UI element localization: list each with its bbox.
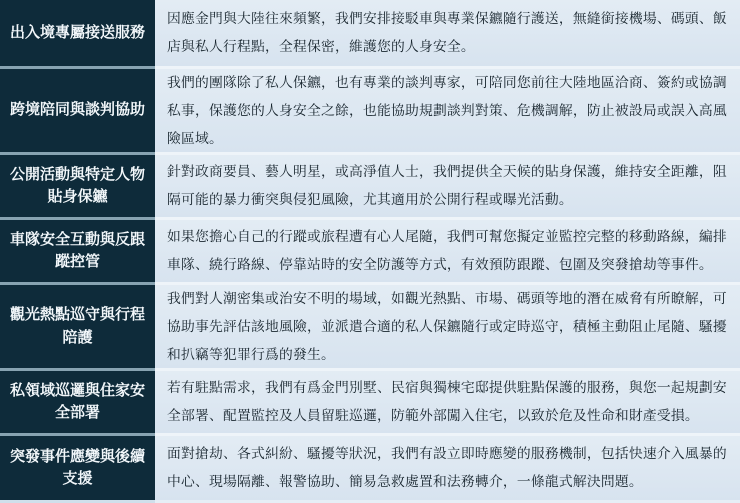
service-description: 因應金門與大陸往來頻繁，我們安排接駁車與專業保鑣隨行護送，無縫銜接機場、碼頭、飯… (167, 5, 732, 61)
service-description: 如果您擔心自己的行蹤或旅程遭有心人尾隨，我們可幫您擬定並監控完整的移動路線，編排… (167, 223, 732, 279)
table-row: 私領域巡邏與住家安全部署 若有駐點需求，我們有爲金門別墅、民宿與獨棟宅邸提供駐點… (0, 368, 740, 433)
service-description: 面對搶劫、各式糾紛、騷擾等狀況，我們有設立即時應變的服務機制，包括快速介入風暴的… (167, 440, 732, 496)
service-description: 針對政商要員、藝人明星，或高淨值人士，我們提供全天候的貼身保護，維持安全距離，阻… (167, 158, 732, 214)
security-services-table: 出入境專屬接送服務 因應金門與大陸往來頻繁，我們安排接駁車與專業保鑣隨行護送，無… (0, 0, 740, 503)
service-title: 私領域巡邏與住家安全部署 (9, 380, 146, 425)
service-title-cell: 跨境陪同與談判協助 (0, 66, 155, 152)
service-title: 出入境專屬接送服務 (10, 22, 145, 45)
service-title-cell: 公開活動與特定人物貼身保鑣 (0, 152, 155, 217)
service-description-cell: 我們的團隊除了私人保鑣，也有專業的談判專家，可陪同您前往大陸地區洽商、簽約或協調… (155, 66, 740, 152)
table-row: 跨境陪同與談判協助 我們的團隊除了私人保鑣，也有專業的談判專家，可陪同您前往大陸… (0, 66, 740, 152)
service-title-cell: 觀光熱點巡守與行程陪護 (0, 282, 155, 368)
service-title: 公開活動與特定人物貼身保鑣 (9, 164, 146, 209)
service-title-cell: 出入境專屬接送服務 (0, 0, 155, 66)
service-description: 若有駐點需求，我們有爲金門別墅、民宿與獨棟宅邸提供駐點保護的服務，與您一起規劃安… (167, 374, 732, 430)
service-description: 我們的團隊除了私人保鑣，也有專業的談判專家，可陪同您前往大陸地區洽商、簽約或協調… (167, 69, 732, 153)
service-title: 觀光熱點巡守與行程陪護 (9, 304, 146, 349)
table-row: 公開活動與特定人物貼身保鑣 針對政商要員、藝人明星，或高淨值人士，我們提供全天候… (0, 152, 740, 217)
service-title-cell: 車隊安全互動與反跟蹤控管 (0, 217, 155, 282)
table-row: 車隊安全互動與反跟蹤控管 如果您擔心自己的行蹤或旅程遭有心人尾隨，我們可幫您擬定… (0, 217, 740, 282)
table-row: 突發事件應變與後續支援 面對搶劫、各式糾紛、騷擾等狀況，我們有設立即時應變的服務… (0, 433, 740, 503)
service-title-cell: 私領域巡邏與住家安全部署 (0, 368, 155, 433)
service-title-cell: 突發事件應變與後續支援 (0, 433, 155, 503)
service-title: 跨境陪同與談判協助 (10, 99, 145, 122)
service-description-cell: 因應金門與大陸往來頻繁，我們安排接駁車與專業保鑣隨行護送，無縫銜接機場、碼頭、飯… (155, 0, 740, 66)
service-title: 車隊安全互動與反跟蹤控管 (9, 229, 146, 274)
service-description-cell: 針對政商要員、藝人明星，或高淨值人士，我們提供全天候的貼身保護，維持安全距離，阻… (155, 152, 740, 217)
service-description-cell: 面對搶劫、各式糾紛、騷擾等狀況，我們有設立即時應變的服務機制，包括快速介入風暴的… (155, 433, 740, 503)
service-description: 我們對人潮密集或治安不明的場域，如觀光熱點、市場、碼頭等地的潛在威脅有所瞭解，可… (167, 285, 732, 369)
service-description-cell: 如果您擔心自己的行蹤或旅程遭有心人尾隨，我們可幫您擬定並監控完整的移動路線，編排… (155, 217, 740, 282)
service-description-cell: 我們對人潮密集或治安不明的場域，如觀光熱點、市場、碼頭等地的潛在威脅有所瞭解，可… (155, 282, 740, 368)
table-row: 觀光熱點巡守與行程陪護 我們對人潮密集或治安不明的場域，如觀光熱點、市場、碼頭等… (0, 282, 740, 368)
service-description-cell: 若有駐點需求，我們有爲金門別墅、民宿與獨棟宅邸提供駐點保護的服務，與您一起規劃安… (155, 368, 740, 433)
table-row: 出入境專屬接送服務 因應金門與大陸往來頻繁，我們安排接駁車與專業保鑣隨行護送，無… (0, 0, 740, 66)
service-title: 突發事件應變與後續支援 (9, 446, 146, 491)
